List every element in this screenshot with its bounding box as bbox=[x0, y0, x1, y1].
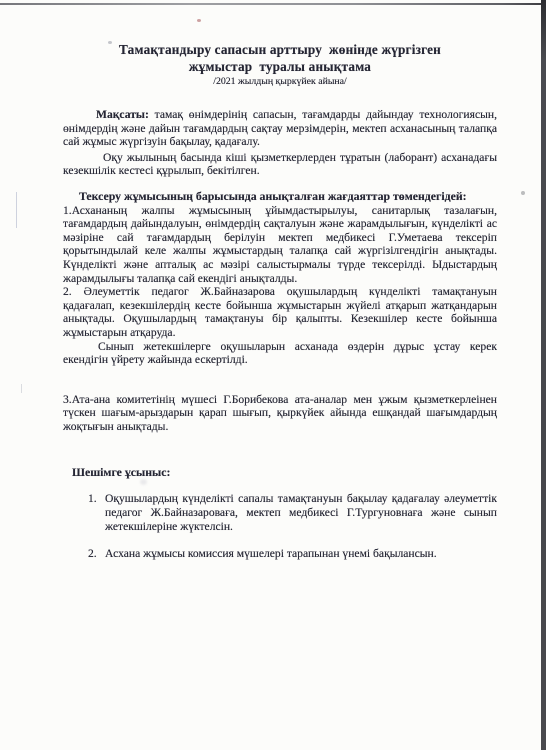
purpose-label: Мақсаты: bbox=[96, 108, 149, 121]
decision-item-number: 2. bbox=[88, 547, 105, 561]
decision-item-text: Асхана жұмысы комиссия мүшелері тарапына… bbox=[105, 547, 497, 561]
finding-3-paragraph: 3.Ата-ана комитетінің мүшесі Г.Борибеков… bbox=[63, 393, 497, 434]
purpose-paragraph: Мақсаты: тамақ өнімдерінің сапасын, таға… bbox=[63, 108, 497, 149]
intro-paragraph: Оқу жылының басында кіші қызметкерлерден… bbox=[63, 151, 497, 178]
decision-list: 1. Оқушылардың күнделікті сапалы тамақта… bbox=[63, 492, 497, 561]
decision-item: 1. Оқушылардың күнделікті сапалы тамақта… bbox=[63, 492, 497, 534]
finding-1-paragraph: 1.Асхананың жалпы жұмысының ұйымдастырыл… bbox=[63, 204, 497, 286]
finding-2-note-paragraph: Сынып жетекшілерге оқушыларын асханада ө… bbox=[63, 340, 497, 367]
decision-item-text: Оқушылардың күнделікті сапалы тамақтануы… bbox=[105, 492, 497, 534]
document-subtitle-date: /2021 жылдың қыркүйек айына/ bbox=[63, 76, 497, 88]
scan-hairline-left bbox=[16, 192, 17, 228]
scanned-document-page: Тамақтандыру сапасын арттыру жөнінде жүр… bbox=[0, 0, 546, 750]
decision-item-number: 1. bbox=[88, 492, 105, 534]
scan-speck-right bbox=[521, 191, 525, 195]
scan-edge-right bbox=[541, 0, 546, 750]
document-title-line1: Тамақтандыру сапасын арттыру жөнінде жүр… bbox=[63, 42, 497, 59]
finding-2-paragraph: 2. Әлеуметтік педагог Ж.Байназарова оқуш… bbox=[63, 285, 497, 339]
document-title-block: Тамақтандыру сапасын арттыру жөнінде жүр… bbox=[63, 42, 497, 88]
document-title-line2: жұмыстар туралы анықтама bbox=[63, 59, 497, 76]
decision-heading: Шешімге ұсыныс: bbox=[63, 466, 497, 480]
document-content: Тамақтандыру сапасын арттыру жөнінде жүр… bbox=[63, 0, 497, 561]
decision-item: 2. Асхана жұмысы комиссия мүшелері тарап… bbox=[63, 547, 497, 561]
findings-heading: Тексеру жұмысының барысында анықталған ж… bbox=[63, 190, 497, 204]
scan-hairline-left-2 bbox=[21, 384, 22, 393]
